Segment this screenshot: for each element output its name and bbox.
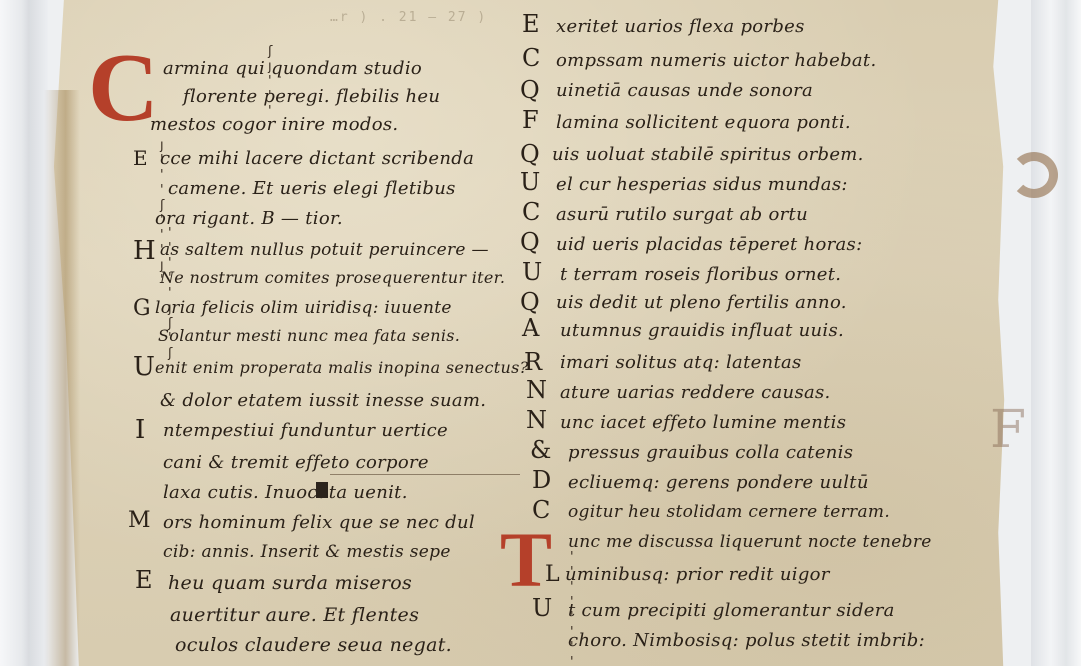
marginal-note: …r ) . 21 – 27 ) xyxy=(330,10,487,25)
verse-line: cce mihi lacere dictant scribenda xyxy=(160,148,474,169)
verse-line: ntempestiui funduntur uertice xyxy=(163,420,448,441)
verse-line: xeritet uarios flexa porbes xyxy=(556,16,805,37)
offset-stain-glyph: F xyxy=(990,400,1018,460)
verse-line: el cur hesperias sidus mundas: xyxy=(556,174,848,195)
mount-frame-right xyxy=(1031,0,1081,666)
verse-line: t cum precipiti glomerantur sidera xyxy=(568,600,895,621)
verse-line: enit enim properata malis inopina senect… xyxy=(155,358,528,377)
line-initial: C xyxy=(522,198,540,226)
line-initial: F xyxy=(522,106,539,134)
verse-line: asurū rutilo surgat ab ortu xyxy=(556,204,808,225)
line-initial: I xyxy=(135,415,145,445)
ruling-line xyxy=(330,474,520,475)
rubric-initial-t: T xyxy=(500,520,552,600)
verse-line: oculos claudere seua negat. xyxy=(175,634,452,656)
verse-line: & dolor etatem iussit inesse suam. xyxy=(160,390,486,411)
line-initial: U xyxy=(522,258,542,286)
verse-line: ecliuemq: gerens pondere uultū xyxy=(568,472,869,493)
verse-line: ors hominum felix que se nec dul xyxy=(163,512,475,533)
verse-line: cib: annis. Inserit & mestis sepe xyxy=(163,542,451,562)
verse-line: ogitur heu stolidam cernere terram. xyxy=(568,502,890,522)
boxed-initial-i xyxy=(316,482,328,498)
verse-line: uis dedit ut pleno fertilis anno. xyxy=(556,292,847,313)
verse-line: cani & tremit effeto corpore xyxy=(163,452,429,473)
verse-line: heu quam surda miseros xyxy=(168,572,412,594)
line-initial: L xyxy=(545,562,560,587)
verse-line: uis uoluat stabilē spiritus orbem. xyxy=(552,144,864,165)
verse-line: camene. Et ueris elegi fletibus xyxy=(168,178,456,199)
line-initial: R xyxy=(524,348,542,376)
verse-line: imari solitus atq: latentas xyxy=(560,352,802,373)
line-initial: & xyxy=(530,436,551,464)
verse-line: as saltem nullus potuit peruincere — xyxy=(160,240,489,260)
verse-line: Ne nostrum comites prosequerentur iter. xyxy=(160,268,505,287)
page-edge-shadow xyxy=(44,90,80,666)
verse-line: florente peregi. flebilis heu xyxy=(183,86,440,107)
verse-line: armina qui quondam studio xyxy=(163,58,422,79)
verse-line: uinetiā causas unde sonora xyxy=(556,80,813,101)
verse-line: laxa cutis. Inuocata uenit. xyxy=(163,482,408,503)
line-initial: N xyxy=(526,376,547,404)
verse-line: pressus grauibus colla catenis xyxy=(568,442,853,463)
rubric-initial-c: C xyxy=(88,38,159,138)
line-initial: E xyxy=(522,10,540,38)
line-initial: Q xyxy=(520,140,540,168)
verse-line: mestos cogor inire modos. xyxy=(150,114,398,135)
line-initial: Q xyxy=(520,228,540,256)
verse-line: unc me discussa liquerunt nocte tenebre xyxy=(568,532,932,552)
neumes: ʃ ȷ ' ' ' xyxy=(268,44,281,119)
verse-line: loria felicis olim uiridisq: iuuente xyxy=(155,298,452,318)
verse-line: uminibusq: prior redit uigor xyxy=(565,564,830,585)
verse-line: ora rigant. B — tior. xyxy=(155,208,343,229)
line-initial: C xyxy=(522,44,540,72)
verse-line: choro. Nimbosisq: polus stetit imbrib: xyxy=(568,630,925,651)
line-initial: H xyxy=(133,236,156,266)
line-initial: U xyxy=(520,168,540,196)
mount-frame-left xyxy=(0,0,48,666)
line-initial: D xyxy=(532,466,551,494)
line-initial: G xyxy=(133,296,151,321)
verse-line: uid ueris placidas tēperet horas: xyxy=(556,234,862,255)
verse-line: t terram roseis floribus ornet. xyxy=(560,264,841,285)
verse-line: lamina sollicitent equora ponti. xyxy=(556,112,851,133)
line-initial: U xyxy=(133,352,155,382)
verse-line: utumnus grauidis influat uuis. xyxy=(560,320,844,341)
line-initial: Q xyxy=(520,288,540,316)
verse-line: Solantur mesti nunc mea fata senis. xyxy=(158,326,460,345)
line-initial: E xyxy=(135,566,153,594)
line-initial: M xyxy=(128,508,151,533)
verse-line: ompssam numeris uictor habebat. xyxy=(556,50,877,71)
line-initial: N xyxy=(526,406,547,434)
line-initial: A xyxy=(522,314,539,342)
verse-line: auertitur aure. Et flentes xyxy=(170,604,419,626)
verse-line: ature uarias reddere causas. xyxy=(560,382,831,403)
verse-line: unc iacet effeto lumine mentis xyxy=(560,412,846,433)
line-initial: E xyxy=(133,146,148,170)
ink-stain-ring xyxy=(1010,152,1058,198)
line-initial: Q xyxy=(520,76,540,104)
line-initial: U xyxy=(532,594,552,622)
